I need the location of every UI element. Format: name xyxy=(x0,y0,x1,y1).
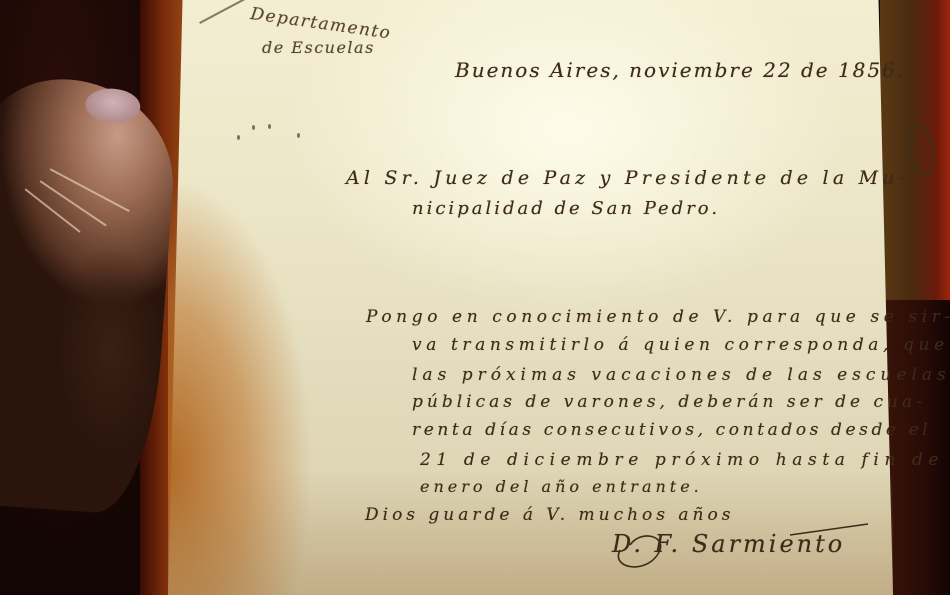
body-line-5: renta días consecutivos, contados desde … xyxy=(412,420,931,440)
body-line-1: Pongo en conocimiento de V. para que se … xyxy=(366,307,950,327)
closing: Dios guarde á V. muchos años xyxy=(365,505,734,525)
recipient-line-2: nicipalidad de San Pedro. xyxy=(412,198,720,219)
photo-scene: Departamento de Escuelas Buenos Aires, n… xyxy=(0,0,950,595)
body-line-3: las próximas vacaciones de las escuelas xyxy=(412,365,950,385)
letterhead-line-2: de Escuelas xyxy=(262,38,375,57)
place-date: Buenos Aires, noviembre 22 de 1856. xyxy=(455,58,905,82)
body-line-2: va transmitirlo á quien corresponda, que xyxy=(412,335,949,355)
body-line-7: enero del año entrante. xyxy=(420,477,703,496)
signature: D. F. Sarmiento xyxy=(612,530,845,558)
recipient-line-1: Al Sr. Juez de Paz y Presidente de la Mu… xyxy=(346,167,909,189)
body-line-6: 21 de diciembre próximo hasta fin de xyxy=(420,450,944,470)
body-line-4: públicas de varones, deberán ser de cua- xyxy=(412,392,926,412)
